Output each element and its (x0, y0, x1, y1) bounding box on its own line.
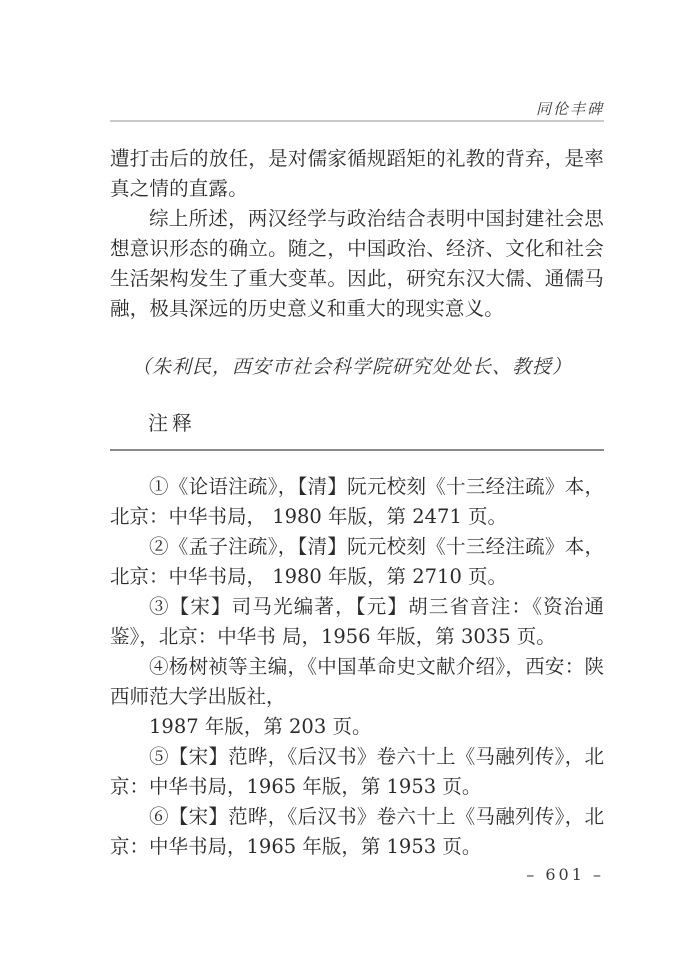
paragraph-conclusion: 综上所述，两汉经学与政治结合表明中国封建社会思想意识形态的确立。随之，中国政治、… (110, 204, 604, 324)
note-item-3: ③【宋】司马光编著，【元】胡三省音注：《资治通鉴》，北京：中华书 局，1956 … (110, 592, 604, 652)
note-item-1: ①《论语注疏》，【清】阮元校刻《十三经注疏》本，北京：中华书局， 1980 年版… (110, 472, 604, 532)
paragraph-continuation: 遭打击后的放任，是对儒家循规蹈矩的礼教的背弃，是率真之情的直露。 (110, 144, 604, 204)
header-rule (110, 120, 604, 122)
note-item-4: ④杨树祯等主编，《中国革命史文献介绍》，西安：陕西师范大学出版社， (110, 652, 604, 712)
running-header: 同伦丰碑 (110, 100, 604, 118)
author-attribution: （朱利民，西安市社会科学院研究处处长、教授） (110, 352, 604, 382)
notes-rule (110, 449, 604, 451)
notes-list: ①《论语注疏》，【清】阮元校刻《十三经注疏》本，北京：中华书局， 1980 年版… (110, 472, 604, 862)
note-item-2: ②《孟子注疏》，【清】阮元校刻《十三经注疏》本，北京：中华书局， 1980 年版… (110, 532, 604, 592)
body-text: 遭打击后的放任，是对儒家循规蹈矩的礼教的背弃，是率真之情的直露。 综上所述，两汉… (110, 144, 604, 324)
page-number: – 601 – (110, 865, 604, 885)
book-page: 同伦丰碑 遭打击后的放任，是对儒家循规蹈矩的礼教的背弃，是率真之情的直露。 综上… (0, 0, 692, 968)
page-content: 同伦丰碑 遭打击后的放任，是对儒家循规蹈矩的礼教的背弃，是率真之情的直露。 综上… (110, 0, 604, 885)
notes-heading: 注释 (148, 412, 604, 434)
note-item-6: ⑥【宋】范晔，《后汉书》卷六十上《马融列传》，北京：中华书局，1965 年版，第… (110, 802, 604, 862)
note-item-5: ⑤【宋】范晔，《后汉书》卷六十上《马融列传》，北京：中华书局，1965 年版，第… (110, 742, 604, 802)
note-item-4-continued: 1987 年版，第 203 页。 (110, 712, 604, 742)
